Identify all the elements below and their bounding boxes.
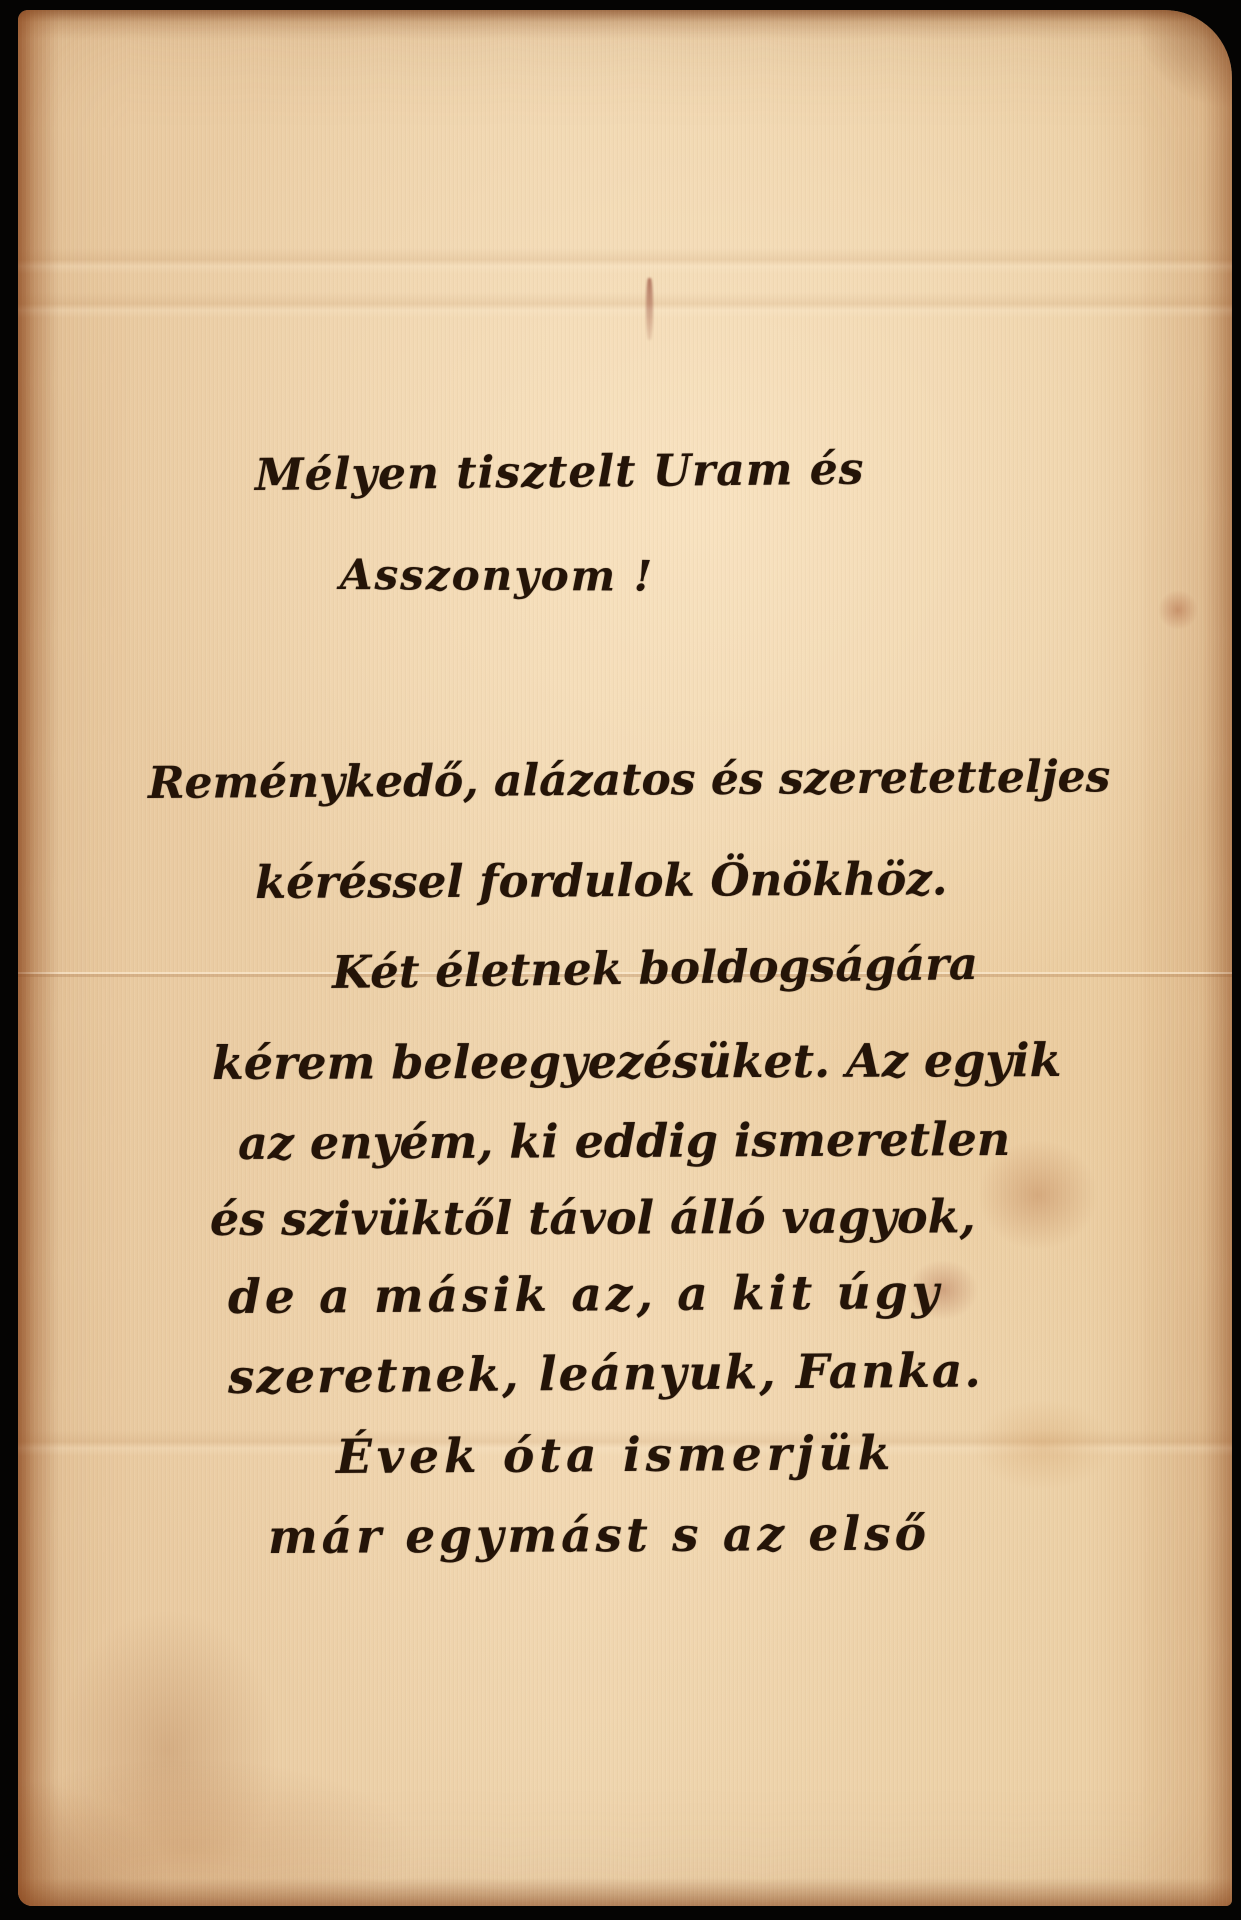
handwritten-line-2: Asszonyom ! bbox=[340, 550, 654, 601]
handwritten-line-10: szeretnek, leányuk, Fanka. bbox=[228, 1343, 983, 1405]
handwritten-line-5: Két életnek boldogságára bbox=[332, 937, 979, 999]
handwritten-line-3: Reménykedő, alázatos és szeretetteljes bbox=[148, 751, 1111, 809]
handwritten-line-4: kéréssel fordulok Önökhöz. bbox=[255, 852, 948, 909]
handwritten-line-11: Évek óta ismerjük bbox=[336, 1426, 896, 1485]
handwritten-line-8: és szivüktől távol álló vagyok, bbox=[210, 1189, 976, 1246]
handwritten-line-9: de a másik az, a kit úgy bbox=[228, 1265, 943, 1325]
handwritten-line-6: kérem beleegyezésüket. Az egyik bbox=[212, 1033, 1062, 1090]
letter-page: Mélyen tisztelt Uram és Asszonyom ! Remé… bbox=[18, 10, 1232, 1906]
handwritten-line-1: Mélyen tisztelt Uram és bbox=[255, 444, 865, 501]
handwritten-line-12: már egymást s az első bbox=[268, 1507, 930, 1565]
handwritten-line-7: az enyém, ki eddig ismeretlen bbox=[238, 1112, 1010, 1170]
